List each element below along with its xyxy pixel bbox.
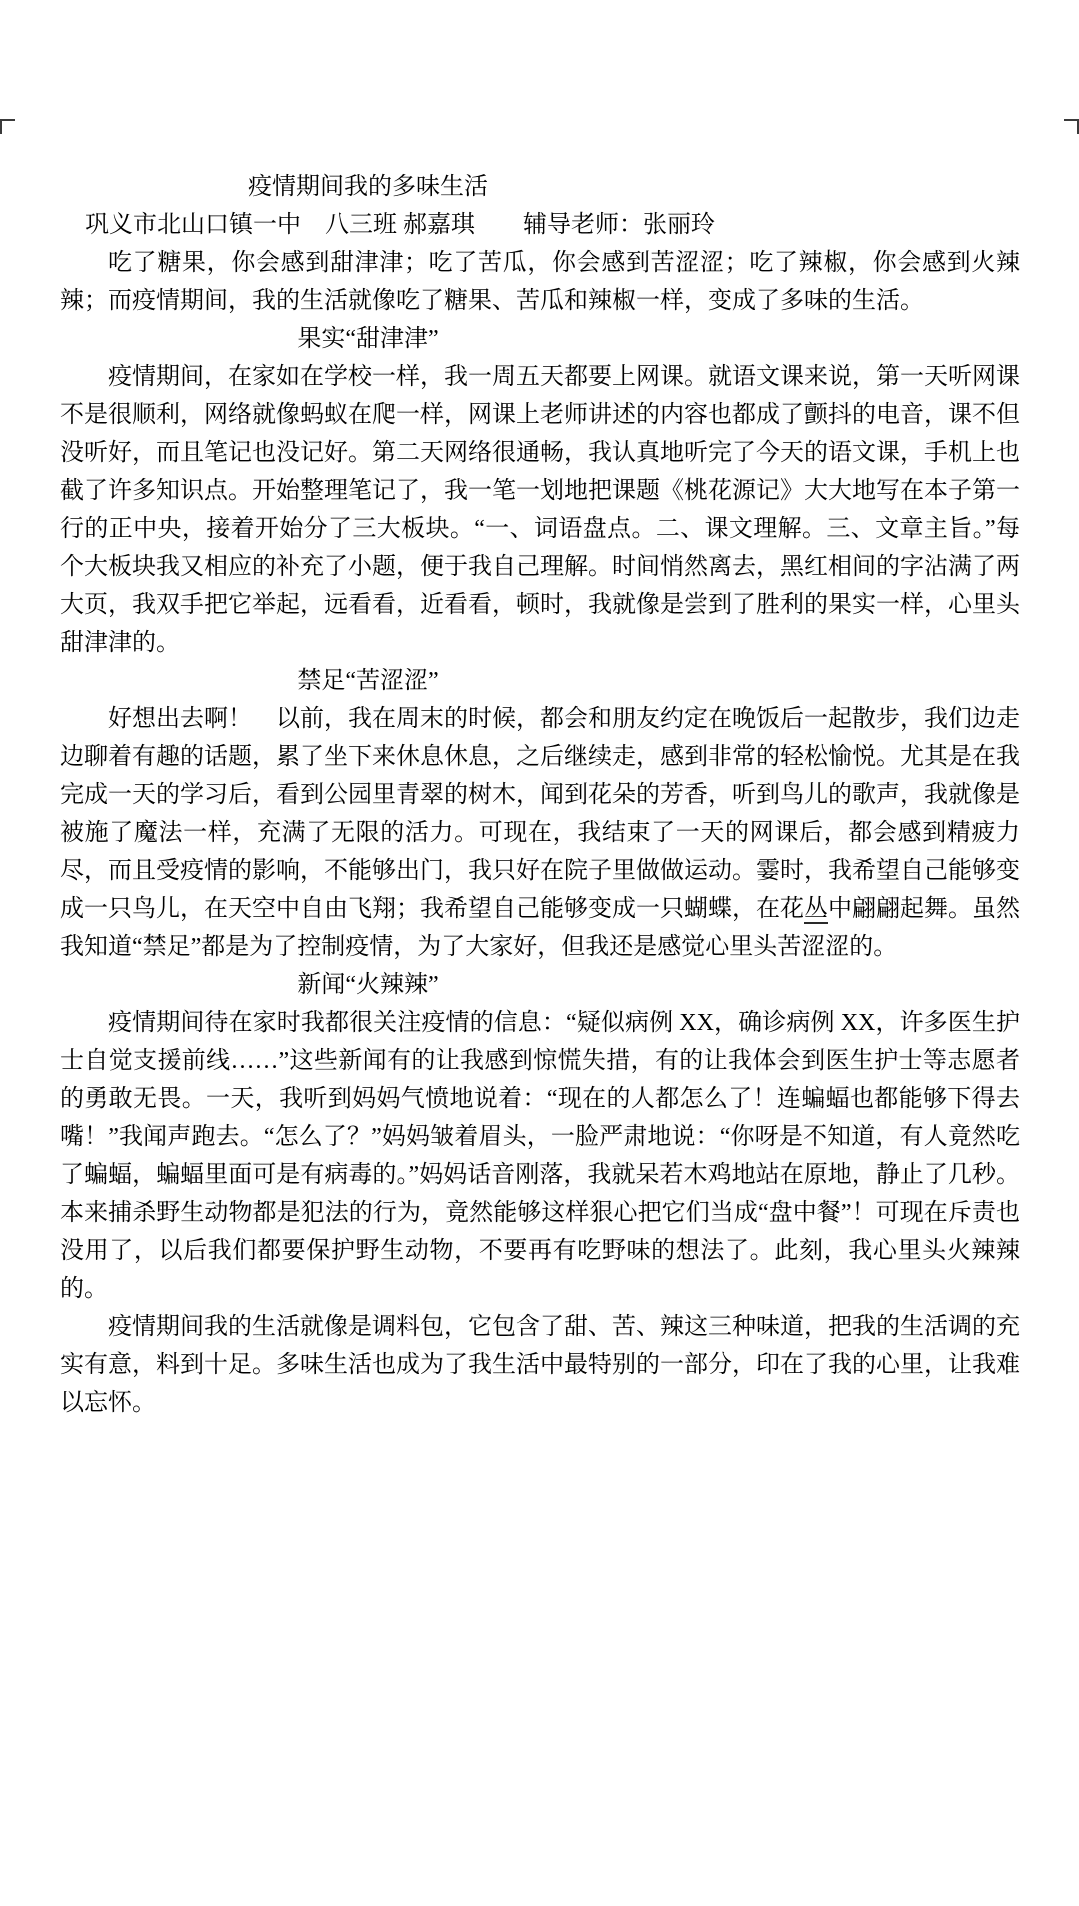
paragraph-intro: 吃了糖果，你会感到甜津津；吃了苦瓜，你会感到苦涩涩；吃了辣椒，你会感到火辣辣；而… bbox=[60, 244, 1020, 320]
section-heading-bitter: 禁足“苦涩涩” bbox=[60, 662, 676, 700]
section-heading-sweet: 果实“甜津津” bbox=[60, 320, 676, 358]
paragraph-sweet: 疫情期间，在家如在学校一样，我一周五天都要上网课。就语文课来说，第一天听网课不是… bbox=[60, 358, 1020, 662]
section-heading-spicy: 新闻“火辣辣” bbox=[60, 966, 676, 1004]
essay-title: 疫情期间我的多味生活 bbox=[60, 168, 676, 206]
essay-byline: 巩义市北山口镇一中 八三班 郝嘉琪 辅导老师：张丽玲 bbox=[60, 206, 740, 244]
proofing-underlined-char: 丛 bbox=[804, 896, 828, 924]
paragraph-bitter: 好想出去啊！ 以前，我在周末的时候，都会和朋友约定在晚饭后一起散步，我们边走边聊… bbox=[60, 700, 1020, 966]
page-corner-mark-left bbox=[0, 119, 15, 134]
paragraph-outro: 疫情期间我的生活就像是调料包，它包含了甜、苦、辣这三种味道，把我的生活调的充实有… bbox=[60, 1308, 1020, 1422]
page-corner-mark-right bbox=[1064, 119, 1079, 134]
document-page: 疫情期间我的多味生活 巩义市北山口镇一中 八三班 郝嘉琪 辅导老师：张丽玲 吃了… bbox=[0, 0, 1079, 1906]
paragraph-spicy: 疫情期间待在家时我都很关注疫情的信息：“疑似病例 XX，确诊病例 XX，许多医生… bbox=[60, 1004, 1020, 1308]
paragraph-bitter-text-before: 好想出去啊！ 以前，我在周末的时候，都会和朋友约定在晚饭后一起散步，我们边走边聊… bbox=[60, 706, 1020, 922]
document-body: 疫情期间我的多味生活 巩义市北山口镇一中 八三班 郝嘉琪 辅导老师：张丽玲 吃了… bbox=[60, 168, 1020, 1422]
